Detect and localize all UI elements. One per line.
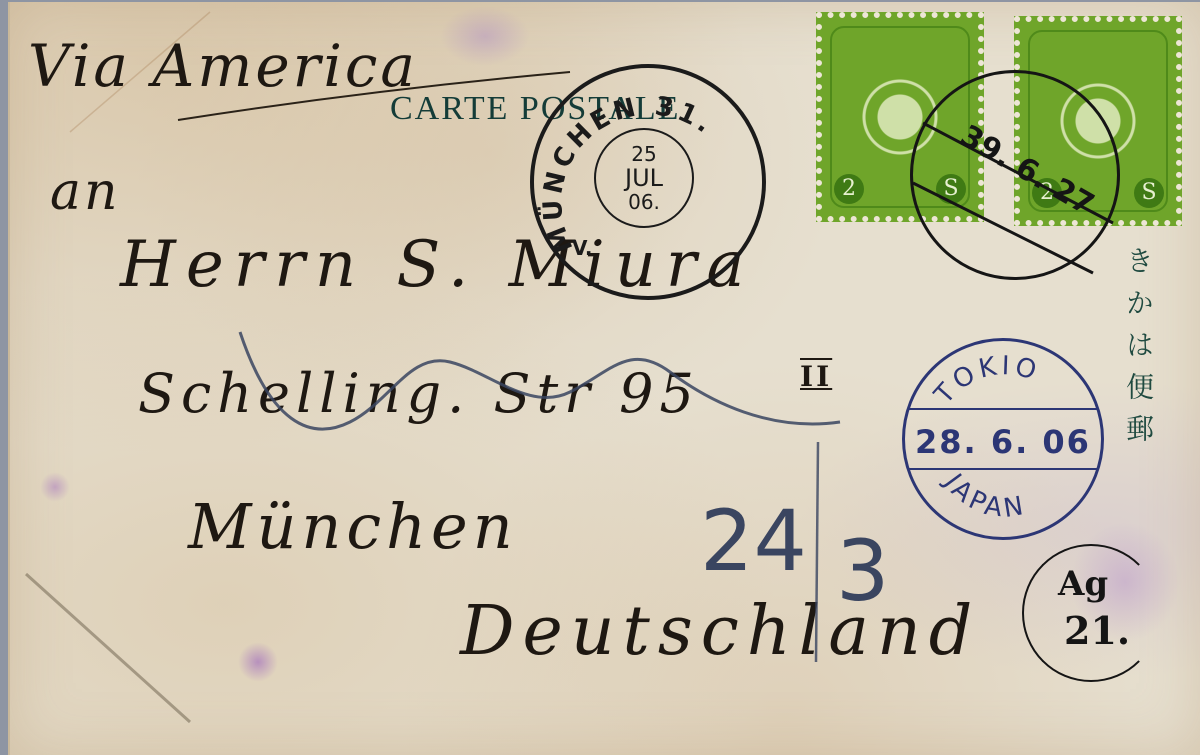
- vertical-japanese-text: きかは便郵: [1118, 246, 1158, 456]
- stamp-denomination: 2: [834, 174, 864, 204]
- tokio-transit-date: 28. 6. 06: [915, 423, 1091, 461]
- svg-text:TOKIO: TOKIO: [928, 351, 1043, 411]
- munich-postmark: MÜNCHEN 31. 25 JUL 06. V.: [530, 64, 766, 300]
- arrival-month: Ag: [1058, 564, 1108, 604]
- munich-extra: V.: [572, 236, 593, 260]
- tokio-transit-postmark: TOKIO JAPAN 28. 6. 06: [902, 338, 1104, 540]
- pencil-note-3: 3: [836, 522, 889, 620]
- svg-text:JAPAN: JAPAN: [937, 467, 1029, 524]
- arrival-postmark: Ag 21.: [1022, 544, 1160, 682]
- munich-month: JUL: [596, 166, 692, 190]
- arrival-day: 21.: [1064, 608, 1130, 653]
- stamp-corner-mark: S: [1134, 178, 1164, 208]
- tokyo-cancel-postmark: 39. 6. 27: [910, 70, 1120, 280]
- munich-day: 25: [596, 142, 692, 166]
- pencil-note-24: 24: [700, 492, 807, 590]
- postcard: CARTE POSTALE Via America an Herrn S. Mi…: [8, 2, 1200, 755]
- munich-year: 06.: [596, 190, 692, 214]
- munich-postmark-inner-ring: 25 JUL 06.: [594, 128, 694, 228]
